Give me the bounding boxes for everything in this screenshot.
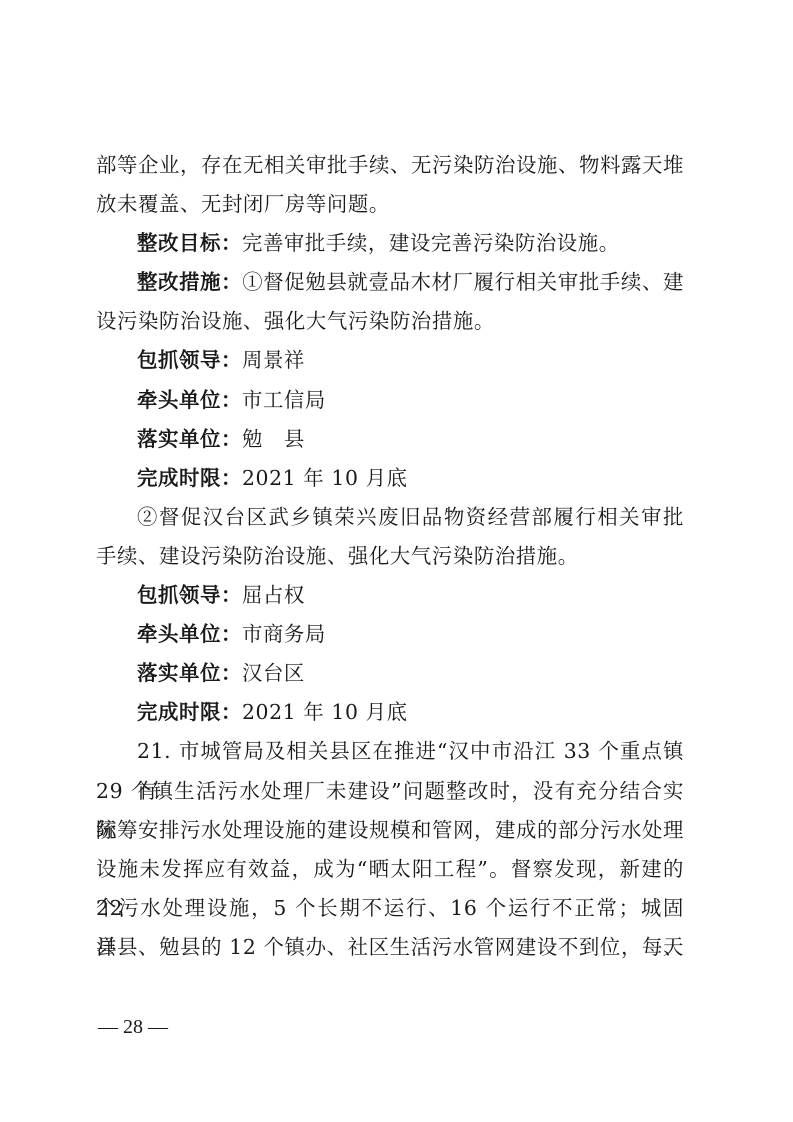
- deadline-value: 2021 年 10 月底: [242, 700, 408, 724]
- impl-unit-label: 落实单位：: [137, 661, 242, 685]
- goal-label: 整改目标：: [137, 231, 242, 255]
- document-body: 部等企业，存在无相关审批手续、无污染防治设施、物料露天堆 放未覆盖、无封闭厂房等…: [96, 146, 684, 967]
- leader-value: 周景祥: [242, 348, 305, 372]
- measure2-line2: 手续、建设污染防治设施、强化大气污染防治措施。: [96, 537, 684, 576]
- impl-unit-value: 勉 县: [242, 427, 305, 451]
- impl-unit-value: 汉台区: [242, 661, 305, 685]
- paragraph-21-line: 29 个镇生活污水处理厂未建设”问题整改时，没有充分结合实际: [96, 772, 684, 811]
- impl-unit-row-1: 落实单位：勉 县: [96, 420, 684, 459]
- deadline-row-1: 完成时限：2021 年 10 月底: [96, 459, 684, 498]
- goal-value: 完善审批手续，建设完善污染防治设施。: [242, 231, 620, 255]
- paragraph-21-line: 统筹安排污水处理设施的建设规模和管网，建成的部分污水处理: [96, 811, 684, 850]
- measures-line1: ①督促勉县就壹品木材厂履行相关审批手续、建: [242, 270, 684, 294]
- deadline-row-2: 完成时限：2021 年 10 月底: [96, 693, 684, 732]
- measures-label: 整改措施：: [137, 270, 242, 294]
- leader-value: 屈占权: [242, 583, 305, 607]
- leader-label: 包抓领导：: [137, 583, 242, 607]
- rectification-measures: 整改措施：①督促勉县就壹品木材厂履行相关审批手续、建: [96, 263, 684, 302]
- paragraph-line: 部等企业，存在无相关审批手续、无污染防治设施、物料露天堆: [96, 146, 684, 185]
- leader-label: 包抓领导：: [137, 348, 242, 372]
- lead-unit-row-1: 牵头单位：市工信局: [96, 381, 684, 420]
- paragraph-21-line: 洋县、勉县的 12 个镇办、社区生活污水管网建设不到位，每天: [96, 928, 684, 967]
- paragraph-21-line: 设施未发挥应有效益，成为“晒太阳工程”。督察发现，新建的 22: [96, 850, 684, 889]
- paragraph-line: 放未覆盖、无封闭厂房等问题。: [96, 185, 684, 224]
- measures-line2: 设污染防治设施、强化大气污染防治措施。: [96, 302, 684, 341]
- paragraph-21-line: 个污水处理设施，5 个长期不运行、16 个运行不正常；城固县、: [96, 889, 684, 928]
- page-number: — 28 —: [98, 1016, 168, 1039]
- document-page: 部等企业，存在无相关审批手续、无污染防治设施、物料露天堆 放未覆盖、无封闭厂房等…: [0, 0, 793, 1122]
- deadline-label: 完成时限：: [137, 466, 242, 490]
- lead-unit-value: 市商务局: [242, 622, 326, 646]
- deadline-value: 2021 年 10 月底: [242, 466, 408, 490]
- deadline-label: 完成时限：: [137, 700, 242, 724]
- lead-unit-label: 牵头单位：: [137, 622, 242, 646]
- lead-unit-value: 市工信局: [242, 388, 326, 412]
- leader-row-1: 包抓领导：周景祥: [96, 341, 684, 380]
- impl-unit-row-2: 落实单位：汉台区: [96, 654, 684, 693]
- rectification-goal: 整改目标：完善审批手续，建设完善污染防治设施。: [96, 224, 684, 263]
- leader-row-2: 包抓领导：屈占权: [96, 576, 684, 615]
- impl-unit-label: 落实单位：: [137, 427, 242, 451]
- lead-unit-row-2: 牵头单位：市商务局: [96, 615, 684, 654]
- measure2-line1: ②督促汉台区武乡镇荣兴废旧品物资经营部履行相关审批: [96, 498, 684, 537]
- lead-unit-label: 牵头单位：: [137, 388, 242, 412]
- paragraph-21-line: 21. 市城管局及相关县区在推进“汉中市沿江 33 个重点镇有: [96, 732, 684, 771]
